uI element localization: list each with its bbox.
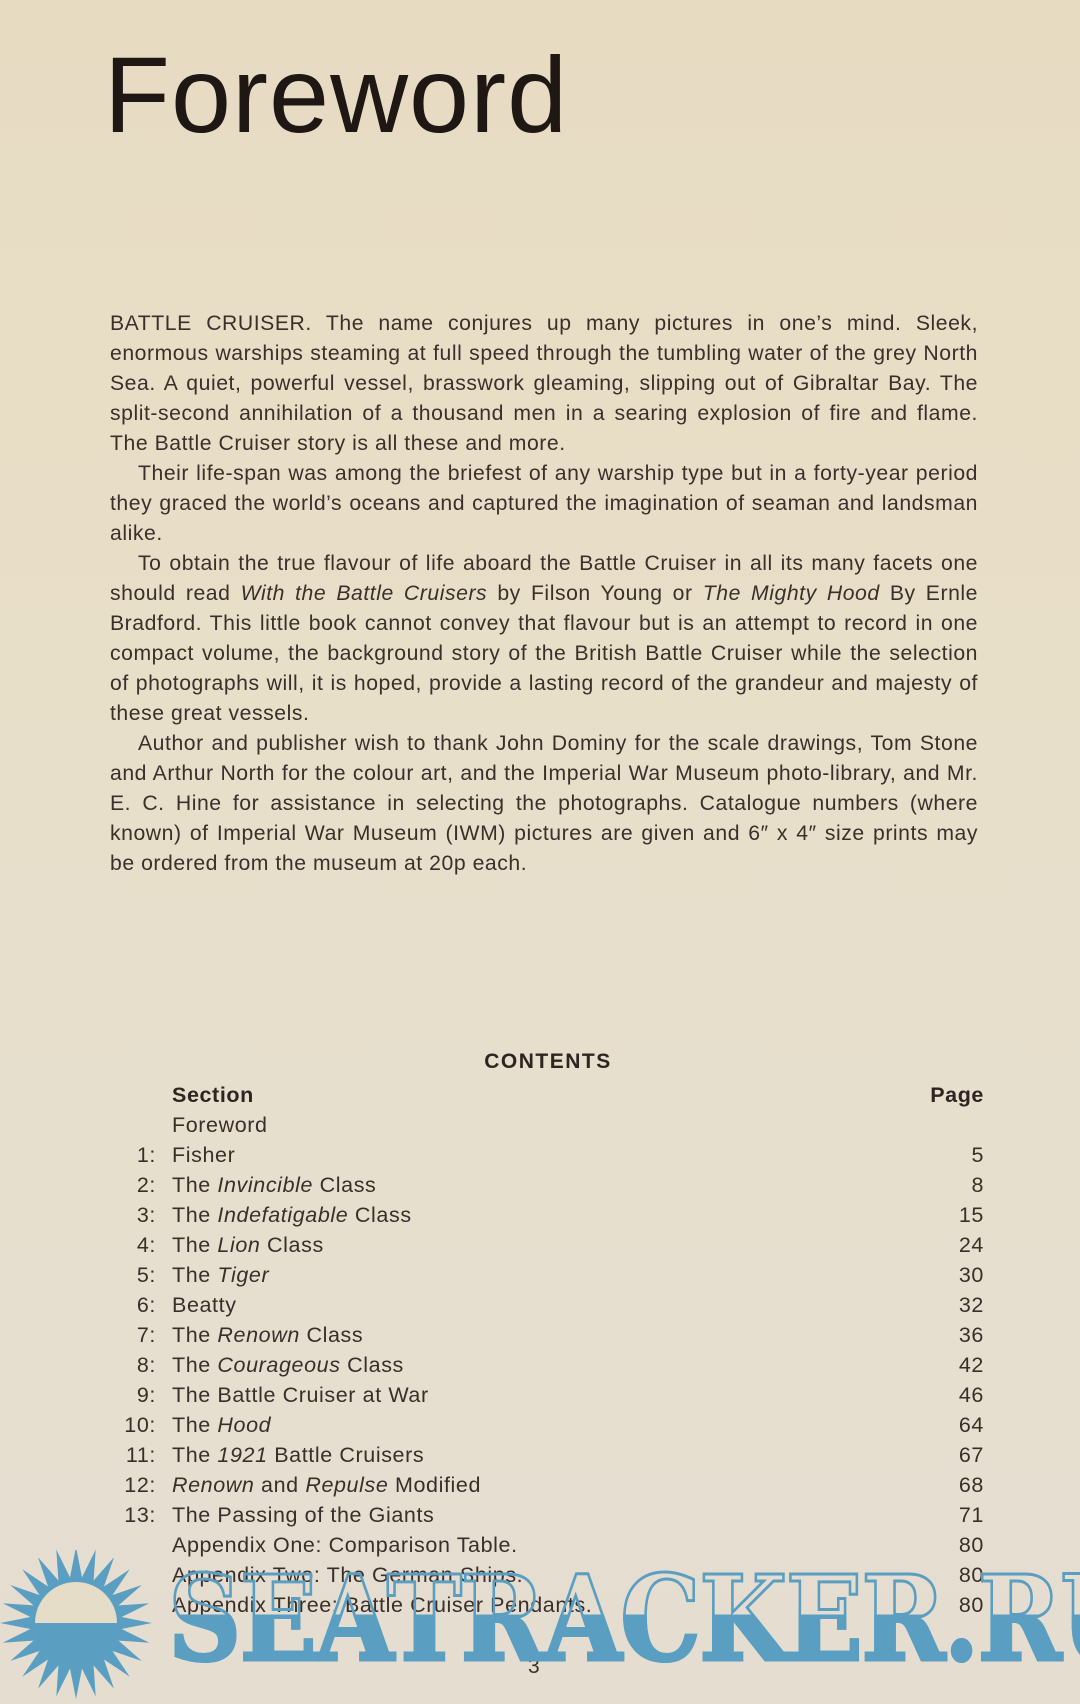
toc-entry: 11:The 1921 Battle Cruisers67: [100, 1440, 984, 1470]
toc-entry-page: 32: [884, 1290, 984, 1320]
contents-heading: CONTENTS: [0, 1050, 1080, 1074]
toc-entry-number: 3:: [100, 1200, 172, 1230]
toc-entry: 8:The Courageous Class42: [100, 1350, 984, 1380]
toc-entry-title: The Hood: [172, 1410, 884, 1440]
toc-entry-number: 10:: [100, 1410, 172, 1440]
toc-entry-title: Beatty: [172, 1290, 884, 1320]
toc-page-header: Page: [884, 1080, 984, 1110]
toc-entry-number: 11:: [100, 1440, 172, 1470]
toc-entry-title: The Tiger: [172, 1260, 884, 1290]
toc-entry-title: The Passing of the Giants: [172, 1500, 884, 1530]
toc-entry-number: 9:: [100, 1380, 172, 1410]
toc-entry-title: The Invincible Class: [172, 1170, 884, 1200]
toc-entry-page: 5: [884, 1140, 984, 1170]
toc-entry-title: The 1921 Battle Cruisers: [172, 1440, 884, 1470]
toc-rows: Foreword1:Fisher52:The Invincible Class8…: [100, 1110, 984, 1620]
foreword-paragraph: Author and publisher wish to thank John …: [110, 729, 978, 879]
toc-section-header: Section: [172, 1080, 884, 1110]
toc-entry-title: Renown and Repulse Modified: [172, 1470, 884, 1500]
toc-entry-number: 4:: [100, 1230, 172, 1260]
toc-entry-page: 30: [884, 1260, 984, 1290]
toc-entry-page: 71: [884, 1500, 984, 1530]
toc-entry: 9:The Battle Cruiser at War46: [100, 1380, 984, 1410]
toc-entry-page: 24: [884, 1230, 984, 1260]
toc-entry: 3:The Indefatigable Class15: [100, 1200, 984, 1230]
toc-entry-number: 2:: [100, 1170, 172, 1200]
toc-entry: 4:The Lion Class24: [100, 1230, 984, 1260]
toc-entry-page: 8: [884, 1170, 984, 1200]
toc-entry-page: 15: [884, 1200, 984, 1230]
page-title: Foreword: [104, 30, 568, 160]
toc-entry-title: The Courageous Class: [172, 1350, 884, 1380]
toc-entry-number: 13:: [100, 1500, 172, 1530]
toc-entry-number: [100, 1110, 172, 1140]
toc-entry: 5:The Tiger30: [100, 1260, 984, 1290]
toc-entry-page: 36: [884, 1320, 984, 1350]
toc-entry-title: Fisher: [172, 1140, 884, 1170]
toc-entry-number: 7:: [100, 1320, 172, 1350]
toc-entry-number: 12:: [100, 1470, 172, 1500]
toc-entry-title: The Lion Class: [172, 1230, 884, 1260]
toc-entry-page: 67: [884, 1440, 984, 1470]
toc-entry-number: 8:: [100, 1350, 172, 1380]
toc-entry: 13:The Passing of the Giants71: [100, 1500, 984, 1530]
toc-entry-number: [100, 1590, 172, 1620]
toc-entry-page: 46: [884, 1380, 984, 1410]
foreword-body: BATTLE CRUISER. The name conjures up man…: [110, 309, 978, 879]
toc-entry-number: [100, 1530, 172, 1560]
toc-entry-number: [100, 1560, 172, 1590]
foreword-paragraph: Their life-span was among the briefest o…: [110, 459, 978, 549]
toc-entry: 10:The Hood64: [100, 1410, 984, 1440]
toc-entry: 2:The Invincible Class8: [100, 1170, 984, 1200]
toc-entry-number: 5:: [100, 1260, 172, 1290]
toc-entry-page: [884, 1110, 984, 1140]
toc-entry-page: 68: [884, 1470, 984, 1500]
toc-entry: 1:Fisher5: [100, 1140, 984, 1170]
toc-entry: 6:Beatty32: [100, 1290, 984, 1320]
table-of-contents: Section Page Foreword1:Fisher52:The Invi…: [100, 1080, 984, 1620]
watermark-text: SEATRACKER.RU: [168, 1560, 1080, 1678]
toc-entry-title: The Battle Cruiser at War: [172, 1380, 884, 1410]
toc-entry-title: Foreword: [172, 1110, 884, 1140]
foreword-paragraph: To obtain the true flavour of life aboar…: [110, 549, 978, 729]
toc-header-row: Section Page: [100, 1080, 984, 1110]
toc-entry-title: The Renown Class: [172, 1320, 884, 1350]
foreword-paragraph: BATTLE CRUISER. The name conjures up man…: [110, 309, 978, 459]
toc-entry: 7:The Renown Class36: [100, 1320, 984, 1350]
toc-entry-page: 64: [884, 1410, 984, 1440]
toc-entry: Foreword: [100, 1110, 984, 1140]
toc-number-header: [100, 1080, 172, 1110]
toc-entry-title: The Indefatigable Class: [172, 1200, 884, 1230]
toc-entry: 12:Renown and Repulse Modified68: [100, 1470, 984, 1500]
toc-entry-number: 6:: [100, 1290, 172, 1320]
toc-entry-number: 1:: [100, 1140, 172, 1170]
toc-entry-page: 42: [884, 1350, 984, 1380]
